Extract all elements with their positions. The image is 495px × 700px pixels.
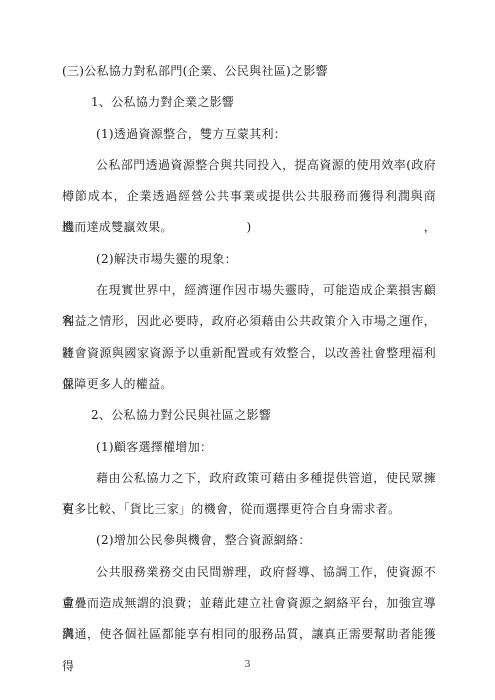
body-line: 保障更多人的權益。 — [62, 369, 436, 400]
subsection-heading-1: 1、公私協力對企業之影響 — [62, 87, 436, 118]
body-line: 在現實世界中，經濟運作因市場失靈時，可能造成企業損害顧客 — [62, 275, 436, 306]
body-line: 藉由公私協力之下，政府政策可藉由多種提供管道，使民眾擁有 — [62, 463, 436, 494]
section-heading: (三)公私協力對私部門(企業、公民與社區)之影響 — [62, 56, 436, 87]
body-line: 公私部門透過資源整合與共同投入，提高資源的使用效率(政府 — [62, 150, 436, 181]
clause-heading-1-1: (1)透過資源整合，雙方互蒙其利： — [62, 119, 436, 150]
body-line: 社會資源與國家資源予以重新配置或有效整合，以改善社會整理福利並 — [62, 338, 436, 369]
clause-heading-2-1: (1)顧客選擇權增加： — [62, 432, 436, 463]
subsection-heading-2: 2、公私協力對公民與社區之影響 — [62, 400, 436, 431]
body-line: 利益之情形，因此必要時，政府必須藉由公共政策介入市場之運作，將 — [62, 306, 436, 337]
clause-heading-1-2: (2)解決市場失靈的現象： — [62, 244, 436, 275]
body-line: 樽節成本，企業透過經營公共事業或提供公共服務而獲得利潤與商機)， — [62, 181, 436, 212]
document-text-block: (三)公私協力對私部門(企業、公民與社區)之影響 1、公私協力對企業之影響 (1… — [62, 56, 436, 651]
body-line: 溝通，使各個社區都能享有相同的服務品質，讓真正需要幫助者能獲得 — [62, 619, 436, 650]
body-line: 更多比較、「貨比三家」的機會，從而選擇更符合自身需求者。 — [62, 494, 436, 525]
body-line: 重疊而造成無謂的浪費；並藉此建立社會資源之網絡平台，加強宣導與 — [62, 588, 436, 619]
body-line: 公共服務業務交由民間辦理，政府督導、協調工作，使資源不會 — [62, 557, 436, 588]
clause-heading-2-2: (2)增加公民參與機會，整合資源網絡： — [62, 525, 436, 556]
page-number: 3 — [0, 659, 495, 670]
document-page: (三)公私協力對私部門(企業、公民與社區)之影響 1、公私協力對企業之影響 (1… — [0, 0, 495, 700]
